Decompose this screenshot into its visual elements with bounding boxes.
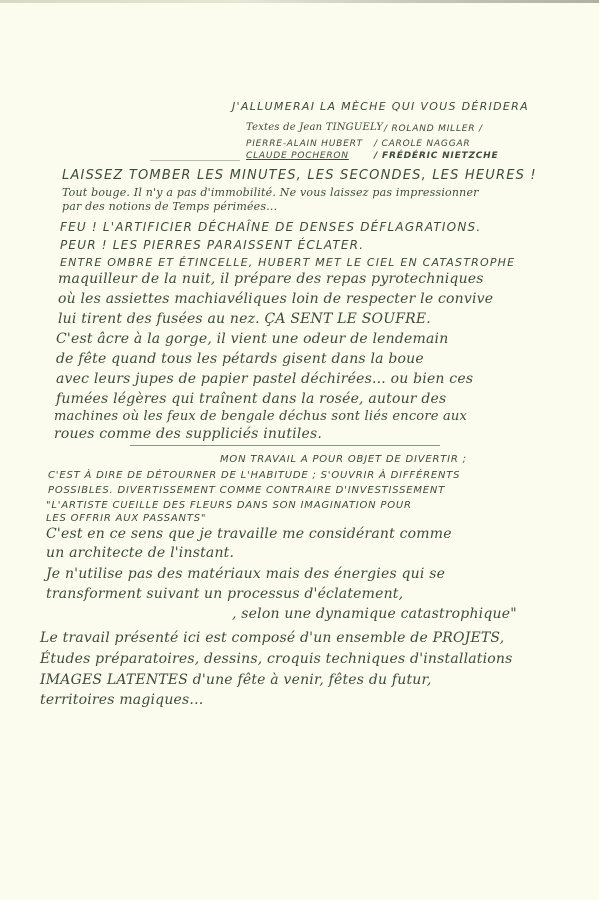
section-divider <box>130 445 440 446</box>
credit-line-2-right: / CAROLE NAGGAR <box>374 139 470 149</box>
paragraph-2-line-2: PEUR ! LES PIERRES PARAISSENT ÉCLATER. <box>60 238 364 252</box>
paragraph-4-line-1: Le travail présenté ici est composé d'un… <box>40 630 504 646</box>
paragraph-2-line-7: C'est âcre à la gorge, il vient une odeu… <box>56 331 448 347</box>
paragraph-1-line-3: par des notions de Temps périmées... <box>62 200 277 213</box>
paragraph-3-line-7: un architecte de l'instant. <box>46 545 234 561</box>
paragraph-2-line-11: machines où les feux de bengale déchus s… <box>54 409 467 424</box>
paragraph-3-line-10: , selon une dynamique catastrophique" <box>232 606 517 622</box>
credits-underline <box>150 160 240 161</box>
credit-line-3-left: CLAUDE POCHERON <box>246 151 349 161</box>
paragraph-2-line-6: lui tirent des fusées au nez. ÇA SENT LE… <box>58 311 431 327</box>
paragraph-2-line-5: où les assiettes machiavéliques loin de … <box>58 291 493 307</box>
paragraph-2-line-9: avec leurs jupes de papier pastel déchir… <box>56 371 473 387</box>
paragraph-3-line-8: Je n'utilise pas des matériaux mais des … <box>46 566 445 582</box>
paragraph-1-line-2: Tout bouge. Il n'y a pas d'immobilité. N… <box>62 186 479 199</box>
handwritten-page: J'ALLUMERAI LA MÈCHE QUI VOUS DÉRIDERA T… <box>0 0 599 900</box>
paragraph-3-line-3: POSSIBLES. DIVERTISSEMENT COMME CONTRAIR… <box>48 485 445 496</box>
paragraph-3-line-1: MON TRAVAIL A POUR OBJET DE DIVERTIR ; <box>220 454 467 465</box>
page-title: J'ALLUMERAI LA MÈCHE QUI VOUS DÉRIDERA <box>232 100 529 113</box>
paragraph-2-line-1: FEU ! L'ARTIFICIER DÉCHAÎNE DE DENSES DÉ… <box>60 220 481 234</box>
paragraph-2-line-8: de fête quand tous les pétards gisent da… <box>56 351 424 367</box>
paragraph-4-line-4: territoires magiques... <box>40 692 203 708</box>
paragraph-2-line-4: maquilleur de la nuit, il prépare des re… <box>58 271 484 287</box>
paragraph-2-line-10: fumées légères qui traînent dans la rosé… <box>56 391 446 407</box>
paragraph-3-line-5: LES OFFRIR AUX PASSANTS" <box>46 513 206 524</box>
paragraph-4-line-2: Études préparatoires, dessins, croquis t… <box>40 651 513 667</box>
paragraph-4-line-3: IMAGES LATENTES d'une fête à venir, fête… <box>40 672 432 688</box>
paragraph-3-line-6: C'est en ce sens que je travaille me con… <box>46 526 452 542</box>
paragraph-2-line-12: roues comme des suppliciés inutiles. <box>54 426 322 442</box>
paragraph-2-line-3: ENTRE OMBRE ET ÉTINCELLE, HUBERT MET LE … <box>60 256 515 269</box>
paragraph-1-line-1: LAISSEZ TOMBER LES MINUTES, LES SECONDES… <box>62 168 537 183</box>
paragraph-3-line-4: "L'ARTISTE CUEILLE DES FLEURS DANS SON I… <box>46 500 412 511</box>
credit-line-1-right: / ROLAND MILLER / <box>384 124 483 134</box>
credit-line-2-left: PIERRE-ALAIN HUBERT <box>246 139 363 149</box>
credit-line-3-right: / FRÉDÉRIC NIETZCHE <box>374 151 498 161</box>
paragraph-3-line-9: transforment suivant un processus d'écla… <box>46 586 403 602</box>
paragraph-3-line-2: c'est à dire de DÉTOURNER DE L'HABITUDE … <box>48 470 460 481</box>
credit-line-1-left: Textes de Jean TINGUELY <box>246 122 383 133</box>
